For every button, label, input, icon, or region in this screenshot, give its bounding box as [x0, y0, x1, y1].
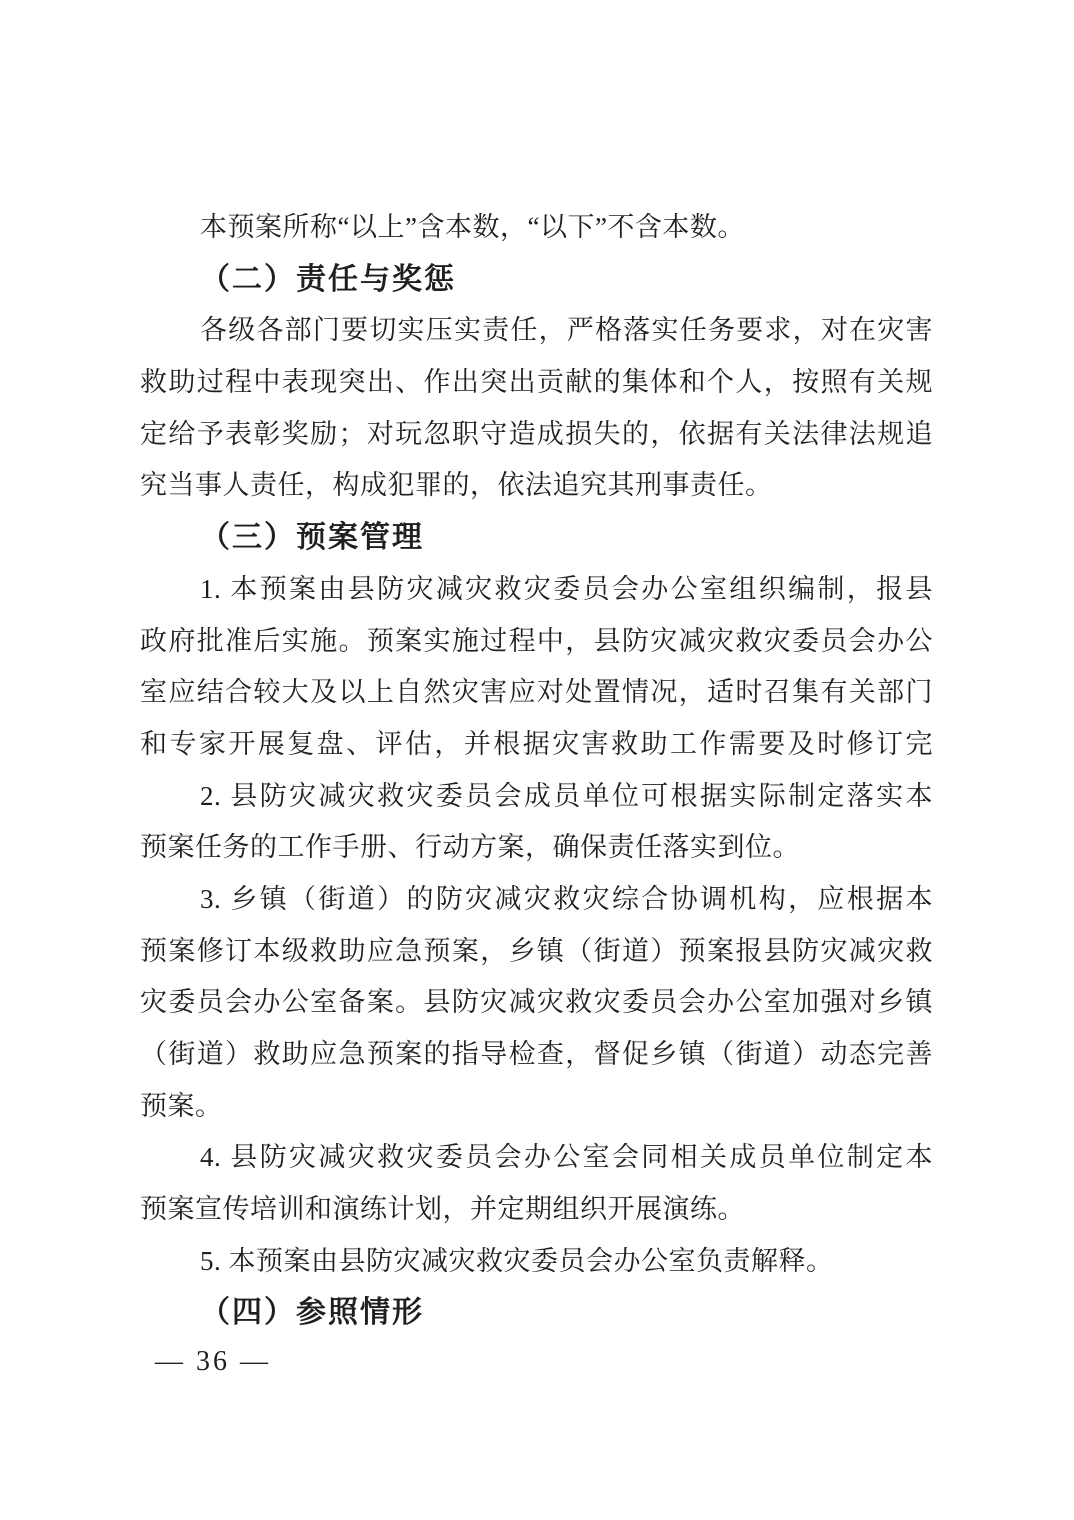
numbered-item-line: 1. 本预案由县防灾减灾救灾委员会办公室组织编制，报县: [140, 564, 933, 616]
paragraph-line: 预案宣传培训和演练计划，并定期组织开展演练。: [140, 1184, 933, 1236]
paragraph-line: 政府批准后实施。预案实施过程中，县防灾减灾救灾委员会办公: [140, 616, 933, 668]
paragraph-line: 灾委员会办公室备案。县防灾减灾救灾委员会办公室加强对乡镇: [140, 977, 933, 1029]
section-heading: （二）责任与奖惩: [140, 254, 933, 306]
numbered-item-line: 2. 县防灾减灾救灾委员会成员单位可根据实际制定落实本: [140, 771, 933, 823]
paragraph-line: （街道）救助应急预案的指导检查，督促乡镇（街道）动态完善: [140, 1029, 933, 1081]
paragraph-line: 预案任务的工作手册、行动方案，确保责任落实到位。: [140, 822, 933, 874]
paragraph-line: 救助过程中表现突出、作出突出贡献的集体和个人，按照有关规: [140, 357, 933, 409]
paragraph-line: 各级各部门要切实压实责任，严格落实任务要求，对在灾害: [140, 305, 933, 357]
paragraph-line: 预案。: [140, 1081, 933, 1133]
document-page: 本预案所称“以上”含本数，“以下”不含本数。 （二）责任与奖惩 各级各部门要切实…: [0, 0, 1074, 1520]
section-heading: （四）参照情形: [140, 1287, 933, 1339]
paragraph-line: 预案修订本级救助应急预案，乡镇（街道）预案报县防灾减灾救: [140, 926, 933, 978]
numbered-item-line: 3. 乡镇（街道）的防灾减灾救灾综合协调机构，应根据本: [140, 874, 933, 926]
document-body: 本预案所称“以上”含本数，“以下”不含本数。 （二）责任与奖惩 各级各部门要切实…: [140, 202, 933, 1339]
numbered-item-line: 4. 县防灾减灾救灾委员会办公室会同相关成员单位制定本: [140, 1132, 933, 1184]
paragraph-line: 定给予表彰奖励；对玩忽职守造成损失的，依据有关法律法规追: [140, 409, 933, 461]
paragraph-line: 和专家开展复盘、评估，并根据灾害救助工作需要及时修订完善。: [140, 719, 933, 771]
paragraph-line: 室应结合较大及以上自然灾害应对处置情况，适时召集有关部门: [140, 667, 933, 719]
page-number: — 36 —: [155, 1340, 271, 1384]
numbered-item-line: 5. 本预案由县防灾减灾救灾委员会办公室负责解释。: [140, 1236, 933, 1288]
paragraph-line: 本预案所称“以上”含本数，“以下”不含本数。: [140, 202, 933, 254]
paragraph-line: 究当事人责任，构成犯罪的，依法追究其刑事责任。: [140, 460, 933, 512]
section-heading: （三）预案管理: [140, 512, 933, 564]
